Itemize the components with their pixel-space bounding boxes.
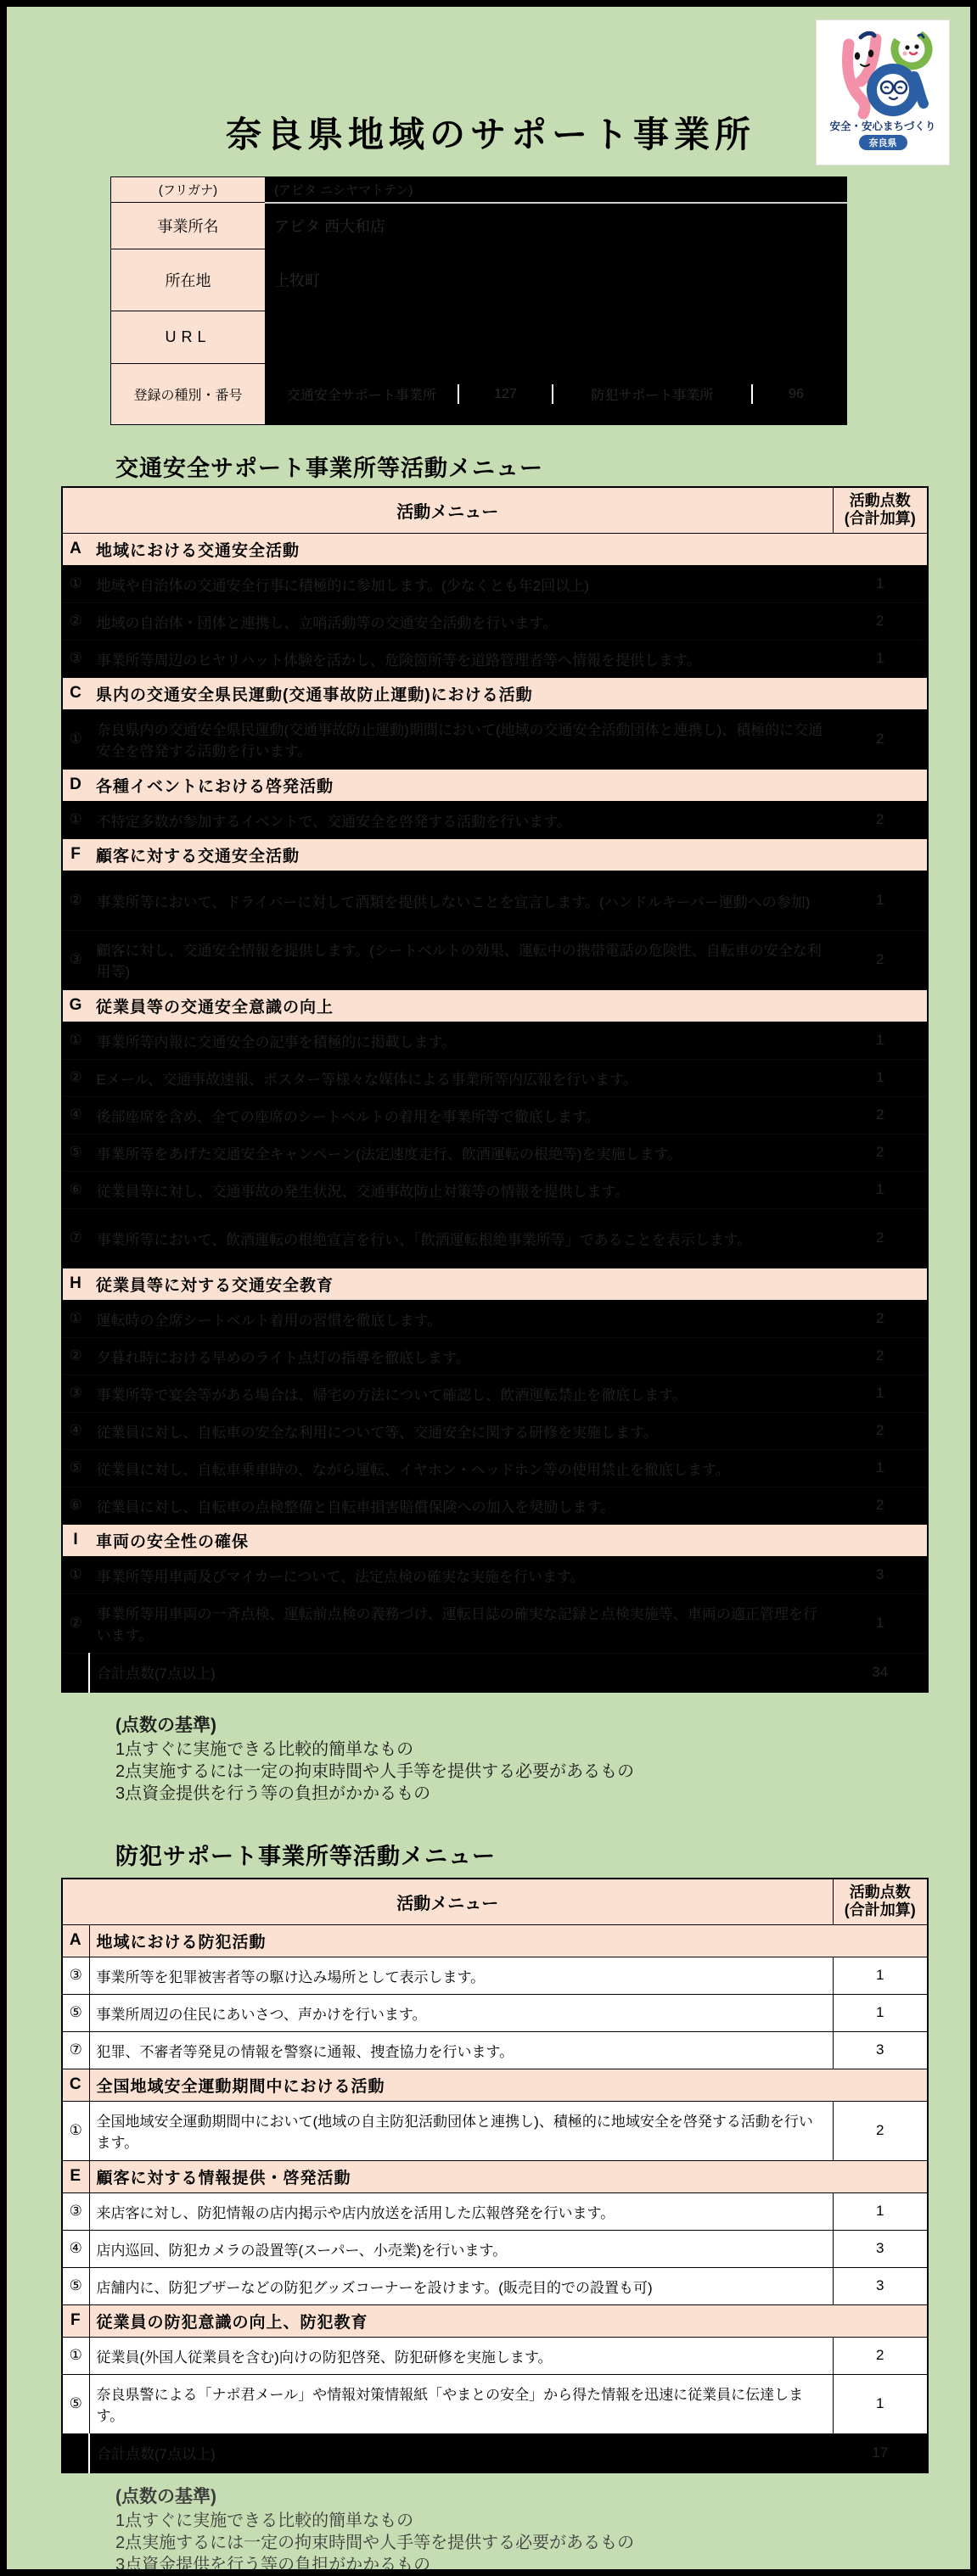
menu-item-row-redacted: ⑥従業員等に対し、交通事故の発生状況、交通事故防止対策等の情報を提供します。1 xyxy=(62,1171,928,1208)
menu-header-row: 活動メニュー 活動点数 (合計加算) xyxy=(62,487,928,533)
notes-line: 1点すぐに実施できる比較的簡単なもの xyxy=(115,2510,634,2532)
item-number: ⑦ xyxy=(62,2031,89,2069)
menu-section-row: A地域における防犯活動 xyxy=(62,1924,928,1957)
registration-type-1: 交通安全サポート事業所 xyxy=(266,384,458,404)
item-number: ⑤ xyxy=(62,2374,89,2433)
item-number: ② xyxy=(62,1593,89,1653)
item-points: 2 xyxy=(833,930,928,989)
item-points: 1 xyxy=(833,2374,928,2433)
logo-pref-badge: 奈良県 xyxy=(859,135,907,150)
points-header-line2: (合計加算) xyxy=(835,1901,926,1919)
menu-item-row: ⑤事業所周辺の住民にあいさつ、声かけを行います。1 xyxy=(62,1994,928,2031)
menu-item-row-redacted: ③顧客に対し、交通安全情報を提供します。(シートベルトの効果、運転中の携帯電話の… xyxy=(62,930,928,989)
total-number-cell xyxy=(62,2433,89,2472)
item-points: 2 xyxy=(833,1208,928,1268)
menu-section-row: A地域における交通安全活動 xyxy=(62,533,928,565)
info-row-address: 所在地 上牧町 xyxy=(111,249,847,311)
menu-section-row: E顧客に対する情報提供・啓発活動 xyxy=(62,2160,928,2192)
menu-item-row-redacted: ④従業員に対し、自転車の安全な利用について等、交通安全に関する研修を実施します。… xyxy=(62,1412,928,1449)
notes-line: 1点すぐに実施できる比較的簡単なもの xyxy=(115,1739,634,1761)
section-letter: C xyxy=(62,2069,89,2101)
item-points: 2 xyxy=(833,2101,928,2160)
item-text: 事業所等において、飲酒運転の根絶宣言を行い、「飲酒運転根絶事業所等」であることを… xyxy=(89,1208,833,1268)
points-column-header: 活動点数 (合計加算) xyxy=(833,487,928,533)
total-label: 合計点数(7点以上) xyxy=(89,2433,833,2472)
section-letter: A xyxy=(62,1924,89,1957)
menu-item-row-redacted: ⑤従業員に対し、自転車乗車時の、ながら運転、イヤホン・ヘッドホン等の使用禁止を徹… xyxy=(62,1449,928,1487)
points-criteria-notes-2: (点数の基準) 1点すぐに実施できる比較的簡単なもの 2点実施するには一定の拘束… xyxy=(115,2486,634,2576)
notes-line: 2点実施するには一定の拘束時間や人手等を提供する必要があるもの xyxy=(115,1761,634,1783)
item-text: 犯罪、不審者等発見の情報を警察に通報、捜査協力を行います。 xyxy=(89,2031,833,2069)
section-label: 顧客に対する情報提供・啓発活動 xyxy=(89,2160,928,2192)
item-text: 事業所等周辺のヒヤリハット体験を活かし、危険箇所等を道路管理者等へ情報を提供しま… xyxy=(89,640,833,677)
section-label: 各種イベントにおける啓発活動 xyxy=(89,769,928,801)
menu-section-row: D各種イベントにおける啓発活動 xyxy=(62,769,928,801)
item-text: 従業員(外国人従業員を含む)向けの防犯啓発、防犯研修を実施します。 xyxy=(89,2337,833,2374)
total-number-cell xyxy=(62,1653,89,1692)
menu-total-row: 合計点数(7点以上)17 xyxy=(62,2433,928,2472)
section-letter: H xyxy=(62,1268,89,1300)
section-label: 地域における交通安全活動 xyxy=(89,533,928,565)
section-label: 車両の安全性の確保 xyxy=(89,1524,928,1556)
section-label: 従業員の防犯意識の向上、防犯教育 xyxy=(89,2304,928,2337)
section-letter: D xyxy=(62,769,89,801)
item-text: 事業所等用車両の一斉点検、運転前点検の義務づけ、運転日誌の確実な記録と点検実施等… xyxy=(89,1593,833,1653)
menu-item-row: ③事業所等を犯罪被害者等の駆け込み場所として表示します。1 xyxy=(62,1957,928,1994)
item-points: 2 xyxy=(833,709,928,769)
section-label: 顧客に対する交通安全活動 xyxy=(89,838,928,871)
item-number: ③ xyxy=(62,930,89,989)
item-points: 3 xyxy=(833,1556,928,1593)
item-number: ④ xyxy=(62,1096,89,1134)
menu-section-row: G従業員等の交通安全意識の向上 xyxy=(62,989,928,1022)
item-text: 店内巡回、防犯カメラの設置等(スーパー、小売業)を行います。 xyxy=(89,2230,833,2267)
notes-line: 3点資金提供を行う等の負担がかかるもの xyxy=(115,1783,634,1805)
menu-section-row: I車両の安全性の確保 xyxy=(62,1524,928,1556)
menu-item-row: ④店内巡回、防犯カメラの設置等(スーパー、小売業)を行います。3 xyxy=(62,2230,928,2267)
item-points: 2 xyxy=(833,1337,928,1375)
url-label: URL xyxy=(111,311,266,364)
item-text: 来店客に対し、防犯情報の店内掲示や店内放送を活用した広報啓発を行います。 xyxy=(89,2192,833,2230)
notes-title: (点数の基準) xyxy=(115,1715,634,1737)
item-number: ② xyxy=(62,1059,89,1096)
menu-item-row-redacted: ①奈良県内の交通安全県民運動(交通事故防止運動)期間において(地域の交通安全活動… xyxy=(62,709,928,769)
menu-item-row-redacted: ①不特定多数が参加するイベントで、交通安全を啓発する活動を行います。2 xyxy=(62,801,928,838)
item-points: 3 xyxy=(833,2230,928,2267)
item-number: ① xyxy=(62,1022,89,1059)
item-number: ① xyxy=(62,709,89,769)
item-text: Eメール、交通事故速報、ポスター等様々な媒体による事業所等内広報を行います。 xyxy=(89,1059,833,1096)
item-number: ④ xyxy=(62,1412,89,1449)
item-points: 1 xyxy=(833,565,928,602)
section-label: 従業員等に対する交通安全教育 xyxy=(89,1268,928,1300)
item-number: ⑦ xyxy=(62,1208,89,1268)
total-points: 17 xyxy=(833,2433,928,2472)
item-text: 従業員に対し、自転車の安全な利用について等、交通安全に関する研修を実施します。 xyxy=(89,1412,833,1449)
business-name-label: 事業所名 xyxy=(111,203,266,249)
item-points: 1 xyxy=(833,1171,928,1208)
menu-item-row: ⑦犯罪、不審者等発見の情報を警察に通報、捜査協力を行います。3 xyxy=(62,2031,928,2069)
menu-item-row-redacted: ②地域の自治体・団体と連携し、立哨活動等の交通安全活動を行います。2 xyxy=(62,602,928,640)
points-header-line2: (合計加算) xyxy=(835,510,926,528)
item-points: 2 xyxy=(833,1134,928,1171)
item-number: ① xyxy=(62,1300,89,1337)
item-text: 奈良県内の交通安全県民運動(交通事故防止運動)期間において(地域の交通安全活動団… xyxy=(89,709,833,769)
item-points: 2 xyxy=(833,2337,928,2374)
item-text: 従業員等に対し、交通事故の発生状況、交通事故防止対策等の情報を提供します。 xyxy=(89,1171,833,1208)
business-name-value: アピタ 西大和店 xyxy=(266,203,847,249)
section-letter: C xyxy=(62,677,89,709)
item-text: 事業所周辺の住民にあいさつ、声かけを行います。 xyxy=(89,1994,833,2031)
item-text: 後部座席を含め、全ての座席のシートベルトの着用を事業所等で徹底します。 xyxy=(89,1096,833,1134)
item-number: ② xyxy=(62,871,89,930)
menu-item-row-redacted: ③事業所等周辺のヒヤリハット体験を活かし、危険箇所等を道路管理者等へ情報を提供し… xyxy=(62,640,928,677)
menu-item-row: ⑤奈良県警による「ナポ君メール」や情報対策情報紙「やまとの安全」から得た情報を迅… xyxy=(62,2374,928,2433)
item-text: 事業所等をあげた交通安全キャンペーン(法定速度走行、飲酒運転の根絶等)を実施しま… xyxy=(89,1134,833,1171)
item-points: 1 xyxy=(833,1994,928,2031)
item-number: ① xyxy=(62,565,89,602)
item-points: 1 xyxy=(833,1593,928,1653)
crime-menu-title: 防犯サポート事業所等活動メニュー xyxy=(115,1838,496,1871)
item-number: ⑤ xyxy=(62,1994,89,2031)
menu-item-row-redacted: ②事業所等用車両の一斉点検、運転前点検の義務づけ、運転日誌の確実な記録と点検実施… xyxy=(62,1593,928,1653)
furigana-value: (アピタ ニシヤマトテン) xyxy=(266,177,847,203)
menu-item-row-redacted: ⑦事業所等において、飲酒運転の根絶宣言を行い、「飲酒運転根絶事業所等」であること… xyxy=(62,1208,928,1268)
item-number: ⑤ xyxy=(62,1449,89,1487)
total-points: 34 xyxy=(833,1653,928,1692)
notes-line: 2点実施するには一定の拘束時間や人手等を提供する必要があるもの xyxy=(115,2532,634,2554)
item-points: 2 xyxy=(833,1412,928,1449)
item-number: ⑤ xyxy=(62,2267,89,2304)
menu-item-row: ①従業員(外国人従業員を含む)向けの防犯啓発、防犯研修を実施します。2 xyxy=(62,2337,928,2374)
registration-number-2: 96 xyxy=(753,387,840,402)
item-points: 1 xyxy=(833,1957,928,1994)
address-value: 上牧町 xyxy=(266,249,847,311)
menu-header-row: 活動メニュー 活動点数 (合計加算) xyxy=(62,1879,928,1924)
item-points: 1 xyxy=(833,1375,928,1412)
menu-item-row-redacted: ②Eメール、交通事故速報、ポスター等様々な媒体による事業所等内広報を行います。1 xyxy=(62,1059,928,1096)
notes-title: (点数の基準) xyxy=(115,2486,634,2508)
item-points: 1 xyxy=(833,1022,928,1059)
menu-item-row-redacted: ③事業所等で宴会等がある場合は、帰宅の方法について確認し、飲酒運転禁止を徹底しま… xyxy=(62,1375,928,1412)
info-row-furigana: (フリガナ) (アピタ ニシヤマトテン) xyxy=(111,177,847,203)
item-text: 地域や自治体の交通安全行事に積極的に参加します。(少なくとも年2回以上) xyxy=(89,565,833,602)
item-number: ③ xyxy=(62,640,89,677)
menu-total-row: 合計点数(7点以上)34 xyxy=(62,1653,928,1692)
menu-section-row: H従業員等に対する交通安全教育 xyxy=(62,1268,928,1300)
item-points: 2 xyxy=(833,1300,928,1337)
item-points: 3 xyxy=(833,2031,928,2069)
section-letter: A xyxy=(62,533,89,565)
item-number: ② xyxy=(62,602,89,640)
menu-section-row: C県内の交通安全県民運動(交通事故防止運動)における活動 xyxy=(62,677,928,709)
page-title: 奈良県地域のサポート事業所 xyxy=(226,107,755,158)
document-page: 奈良県地域のサポート事業所 安全・安心まちづくり xyxy=(0,0,977,2576)
menu-item-row: ①全国地域安全運動期間中において(地域の自主防犯活動団体と連携し)、積極的に地域… xyxy=(62,2101,928,2160)
menu-section-row: C全国地域安全運動期間中における活動 xyxy=(62,2069,928,2101)
section-letter: I xyxy=(62,1524,89,1556)
item-points: 1 xyxy=(833,1059,928,1096)
points-header-line1: 活動点数 xyxy=(835,1884,926,1901)
section-letter: F xyxy=(62,838,89,871)
item-points: 1 xyxy=(833,2192,928,2230)
item-number: ① xyxy=(62,1556,89,1593)
menu-item-row-redacted: ①事業所等内報に交通安全の記事を積極的に掲載します。1 xyxy=(62,1022,928,1059)
item-number: ④ xyxy=(62,2230,89,2267)
menu-item-row-redacted: ②夕暮れ時における早めのライト点灯の指導を徹底します。2 xyxy=(62,1337,928,1375)
section-label: 県内の交通安全県民運動(交通事故防止運動)における活動 xyxy=(89,677,928,709)
item-text: 事業所等において、ドライバーに対して酒類を提供しないことを宣言します。(ハンドル… xyxy=(89,871,833,930)
item-text: 運転時の全席シートベルト着用の習慣を徹底します。 xyxy=(89,1300,833,1337)
traffic-menu-table: 活動メニュー 活動点数 (合計加算) A地域における交通安全活動①地域や自治体の… xyxy=(61,486,929,1693)
item-number: ② xyxy=(62,1337,89,1375)
item-number: ⑤ xyxy=(62,1134,89,1171)
section-letter: G xyxy=(62,989,89,1022)
item-text: 事業所等で宴会等がある場合は、帰宅の方法について確認し、飲酒運転禁止を徹底します… xyxy=(89,1375,833,1412)
item-points: 1 xyxy=(833,871,928,930)
section-letter: E xyxy=(62,2160,89,2192)
item-number: ① xyxy=(62,2101,89,2160)
menu-section-row: F顧客に対する交通安全活動 xyxy=(62,838,928,871)
info-row-registration: 登録の種別・番号 交通安全サポート事業所 127 防犯サポート事業所 96 xyxy=(111,364,847,425)
crime-menu-table: 活動メニュー 活動点数 (合計加算) A地域における防犯活動③事業所等を犯罪被害… xyxy=(61,1878,929,2473)
address-label: 所在地 xyxy=(111,249,266,311)
menu-column-header: 活動メニュー xyxy=(62,1879,833,1924)
menu-item-row-redacted: ①地域や自治体の交通安全行事に積極的に参加します。(少なくとも年2回以上)1 xyxy=(62,565,928,602)
item-points: 1 xyxy=(833,1449,928,1487)
section-letter: F xyxy=(62,2304,89,2337)
notes-line: 3点資金提供を行う等の負担がかかるもの xyxy=(115,2554,634,2576)
registration-label: 登録の種別・番号 xyxy=(111,364,266,425)
item-text: 店舗内に、防犯ブザーなどの防犯グッズコーナーを設けます。(販売目的での設置も可) xyxy=(89,2267,833,2304)
menu-item-row-redacted: ①事業所等用車両及びマイカーについて、法定点検の確実な実施を行います。3 xyxy=(62,1556,928,1593)
points-column-header: 活動点数 (合計加算) xyxy=(833,1879,928,1924)
item-number: ③ xyxy=(62,2192,89,2230)
item-points: 1 xyxy=(833,640,928,677)
item-number: ③ xyxy=(62,1375,89,1412)
logo-caption: 安全・安心まちづくり xyxy=(817,120,949,132)
item-text: 不特定多数が参加するイベントで、交通安全を啓発する活動を行います。 xyxy=(89,801,833,838)
info-row-name: 事業所名 アピタ 西大和店 xyxy=(111,203,847,249)
menu-item-row-redacted: ④後部座席を含め、全ての座席のシートベルトの着用を事業所等で徹底します。2 xyxy=(62,1096,928,1134)
item-number: ① xyxy=(62,801,89,838)
registration-type-2: 防犯サポート事業所 xyxy=(553,384,751,404)
furigana-label: (フリガナ) xyxy=(111,177,266,203)
registration-number-1: 127 xyxy=(459,387,552,402)
menu-section-row: F従業員の防犯意識の向上、防犯教育 xyxy=(62,2304,928,2337)
item-number: ⑥ xyxy=(62,1171,89,1208)
business-info-table: (フリガナ) (アピタ ニシヤマトテン) 事業所名 アピタ 西大和店 所在地 上… xyxy=(110,176,847,425)
total-label: 合計点数(7点以上) xyxy=(89,1653,833,1692)
item-text: 全国地域安全運動期間中において(地域の自主防犯活動団体と連携し)、積極的に地域安… xyxy=(89,2101,833,2160)
item-points: 3 xyxy=(833,2267,928,2304)
item-text: 夕暮れ時における早めのライト点灯の指導を徹底します。 xyxy=(89,1337,833,1375)
section-label: 地域における防犯活動 xyxy=(89,1924,928,1957)
item-text: 事業所等用車両及びマイカーについて、法定点検の確実な実施を行います。 xyxy=(89,1556,833,1593)
menu-item-row-redacted: ⑤事業所等をあげた交通安全キャンペーン(法定速度走行、飲酒運転の根絶等)を実施し… xyxy=(62,1134,928,1171)
item-text: 従業員に対し、自転車の点検整備と自転車損害賠償保険への加入を奨励します。 xyxy=(89,1487,833,1524)
points-criteria-notes-1: (点数の基準) 1点すぐに実施できる比較的簡単なもの 2点実施するには一定の拘束… xyxy=(115,1715,634,1805)
item-text: 事業所等内報に交通安全の記事を積極的に掲載します。 xyxy=(89,1022,833,1059)
item-number: ③ xyxy=(62,1957,89,1994)
item-points: 2 xyxy=(833,1487,928,1524)
points-header-line1: 活動点数 xyxy=(835,492,926,510)
info-row-url: URL xyxy=(111,311,847,364)
menu-item-row-redacted: ⑥従業員に対し、自転車の点検整備と自転車損害賠償保険への加入を奨励します。2 xyxy=(62,1487,928,1524)
item-text: 地域の自治体・団体と連携し、立哨活動等の交通安全活動を行います。 xyxy=(89,602,833,640)
traffic-menu-title: 交通安全サポート事業所等活動メニュー xyxy=(115,450,543,483)
menu-column-header: 活動メニュー xyxy=(62,487,833,533)
item-text: 事業所等を犯罪被害者等の駆け込み場所として表示します。 xyxy=(89,1957,833,1994)
item-text: 奈良県警による「ナポ君メール」や情報対策情報紙「やまとの安全」から得た情報を迅速… xyxy=(89,2374,833,2433)
mascot-characters-icon xyxy=(823,25,942,120)
item-text: 顧客に対し、交通安全情報を提供します。(シートベルトの効果、運転中の携帯電話の危… xyxy=(89,930,833,989)
section-label: 従業員等の交通安全意識の向上 xyxy=(89,989,928,1022)
registration-cells: 交通安全サポート事業所 127 防犯サポート事業所 96 xyxy=(266,384,846,404)
item-number: ⑥ xyxy=(62,1487,89,1524)
section-label: 全国地域安全運動期間中における活動 xyxy=(89,2069,928,2101)
item-points: 2 xyxy=(833,602,928,640)
menu-item-row-redacted: ②事業所等において、ドライバーに対して酒類を提供しないことを宣言します。(ハンド… xyxy=(62,871,928,930)
item-points: 2 xyxy=(833,801,928,838)
menu-item-row-redacted: ①運転時の全席シートベルト着用の習慣を徹底します。2 xyxy=(62,1300,928,1337)
nara-safety-logo: 安全・安心まちづくり 奈良県 xyxy=(816,20,950,165)
url-value xyxy=(266,311,847,364)
item-points: 2 xyxy=(833,1096,928,1134)
item-number: ① xyxy=(62,2337,89,2374)
registration-value: 交通安全サポート事業所 127 防犯サポート事業所 96 xyxy=(266,364,847,425)
menu-item-row: ③来店客に対し、防犯情報の店内掲示や店内放送を活用した広報啓発を行います。1 xyxy=(62,2192,928,2230)
menu-item-row: ⑤店舗内に、防犯ブザーなどの防犯グッズコーナーを設けます。(販売目的での設置も可… xyxy=(62,2267,928,2304)
item-text: 従業員に対し、自転車乗車時の、ながら運転、イヤホン・ヘッドホン等の使用禁止を徹底… xyxy=(89,1449,833,1487)
